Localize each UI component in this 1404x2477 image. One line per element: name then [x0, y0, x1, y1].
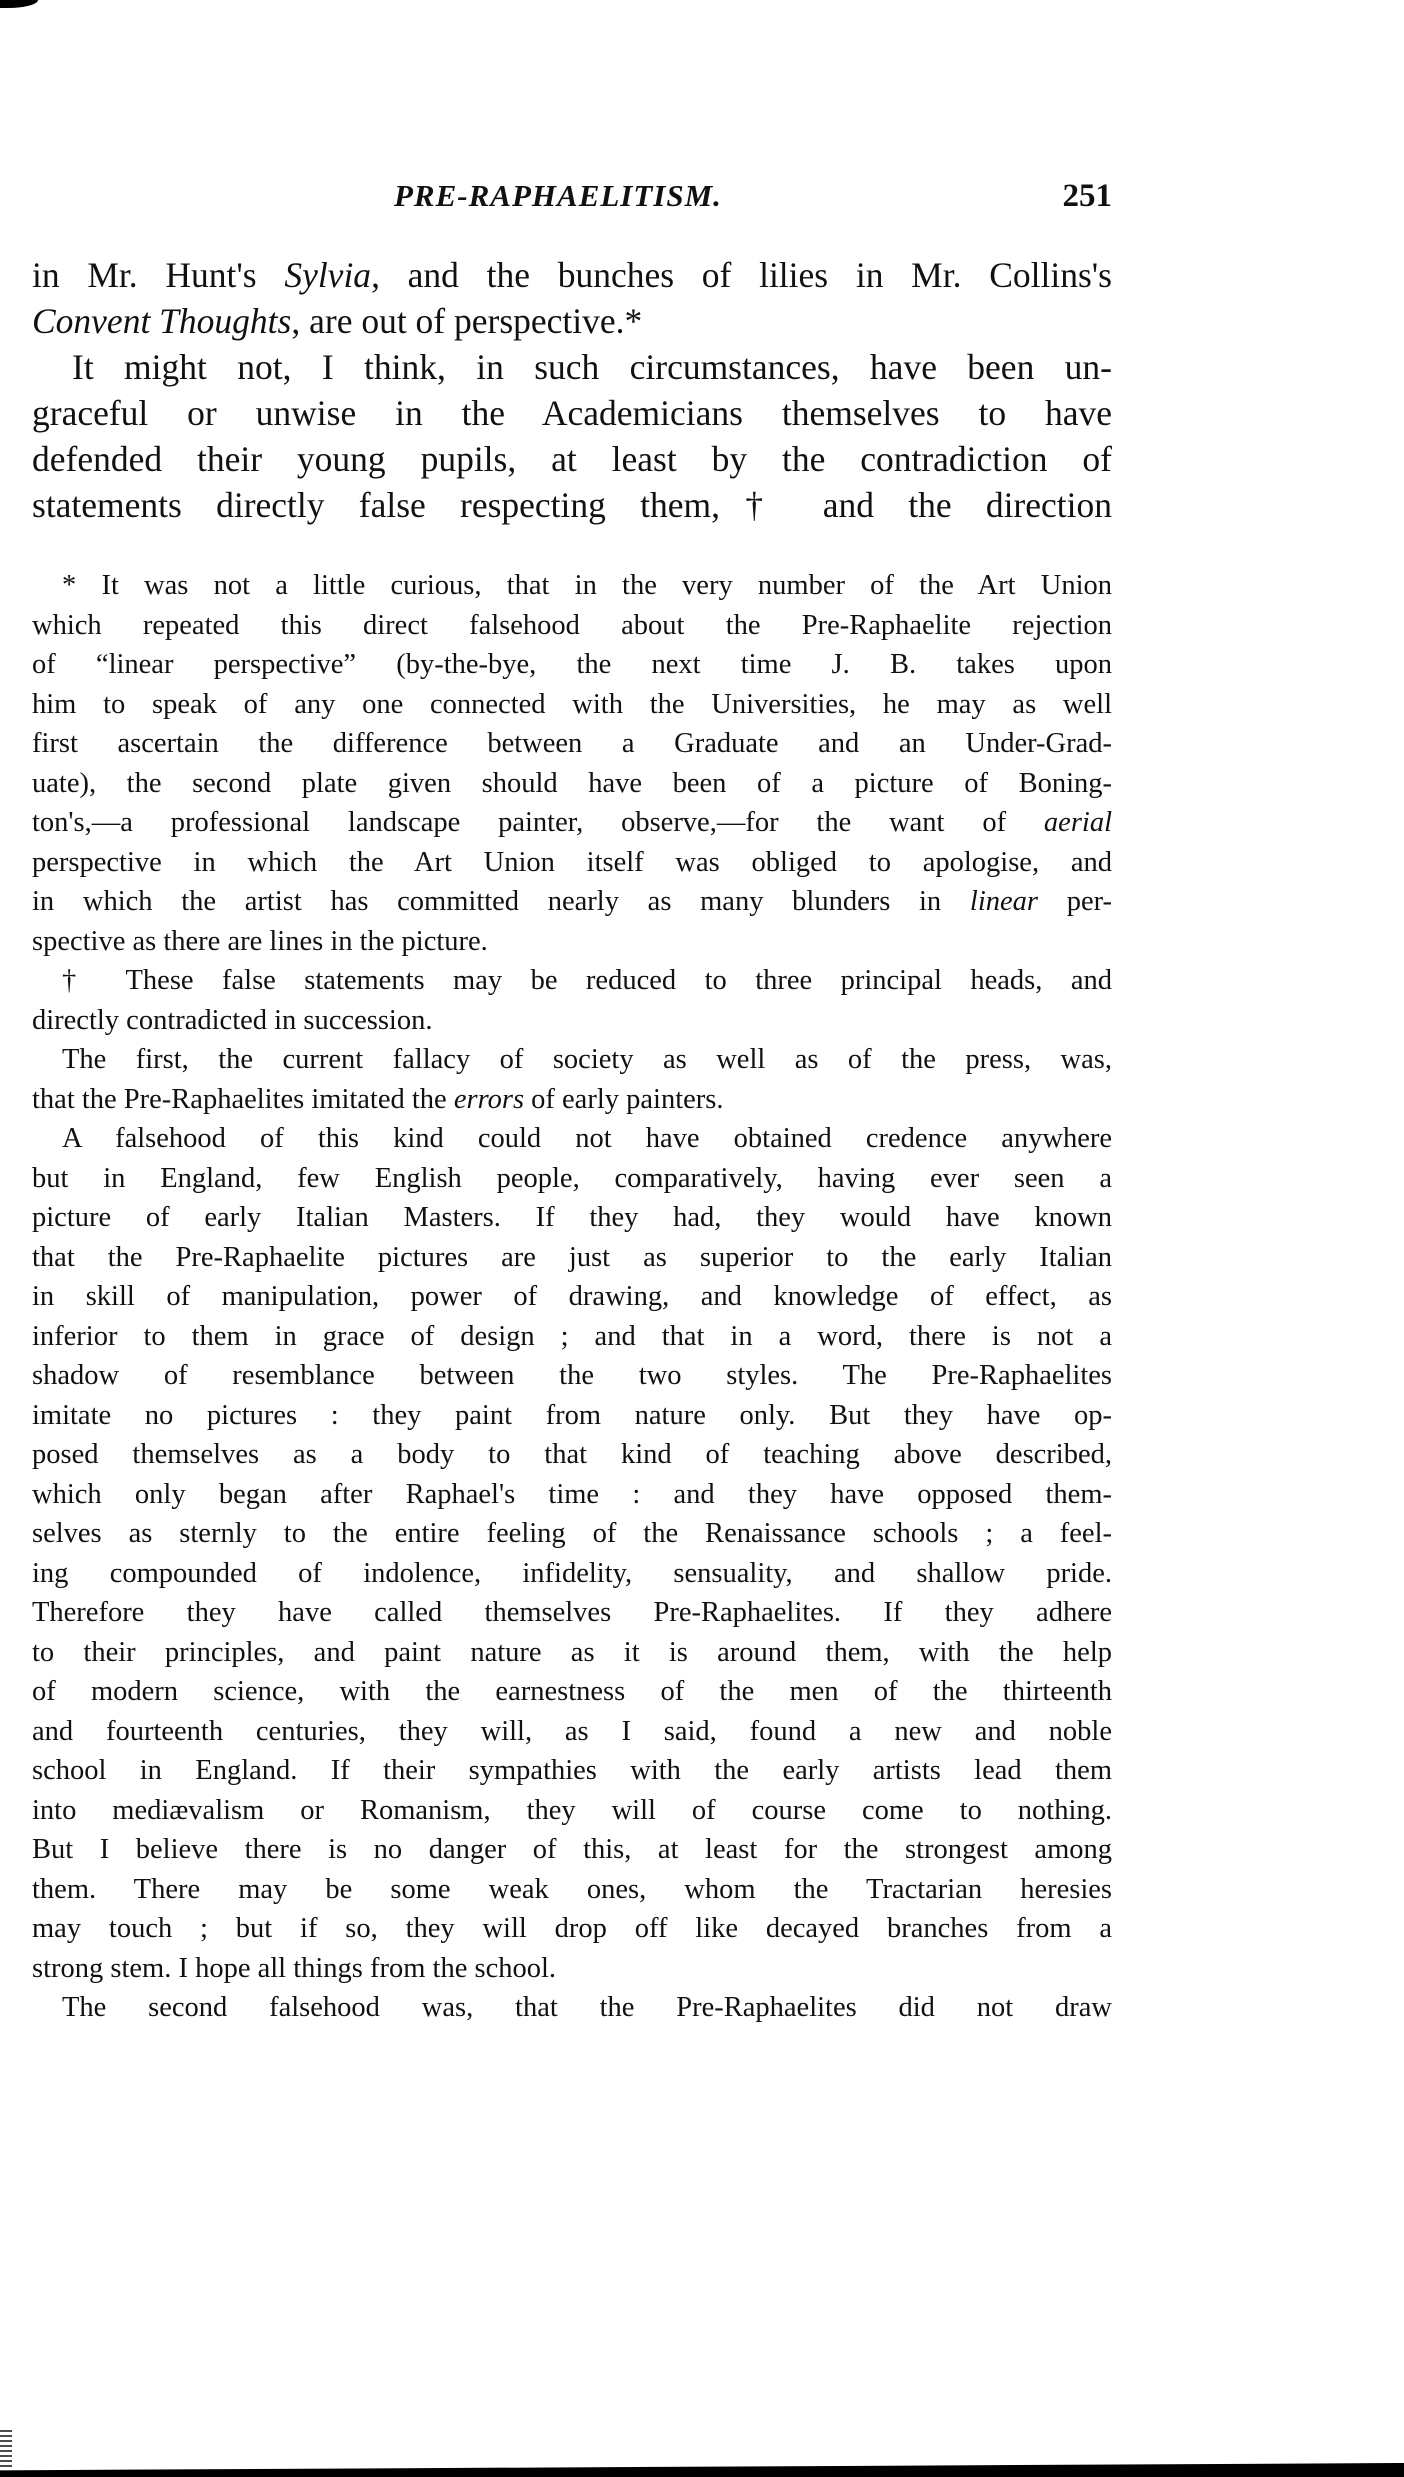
body-line: It might not, I think, in such circumsta…: [32, 344, 1112, 390]
footnote-line: uate), the second plate given should hav…: [32, 764, 1112, 804]
footnote-line: ton's,—a professional landscape painter,…: [32, 803, 1112, 843]
footnote-asterisk: * It was not a little curious, that in t…: [32, 566, 1112, 961]
footnote-line: The second falsehood was, that the Pre-R…: [32, 1988, 1112, 2028]
footnote-line: but in England, few English people, comp…: [32, 1159, 1112, 1199]
footnote-line: Therefore they have called themselves Pr…: [32, 1593, 1112, 1633]
footnote-line: in skill of manipulation, power of drawi…: [32, 1277, 1112, 1317]
running-title: PRE-RAPHAELITISM.: [394, 178, 722, 214]
footnote-line: * It was not a little curious, that in t…: [32, 566, 1112, 606]
footnote-line: picture of early Italian Masters. If the…: [32, 1198, 1112, 1238]
footnote-paragraph: A falsehood of this kind could not have …: [32, 1119, 1112, 1988]
running-header: PRE-RAPHAELITISM. 251: [32, 178, 1112, 218]
footnote-line: shadow of resemblance between the two st…: [32, 1356, 1112, 1396]
footnote-line: that the Pre-Raphaelite pictures are jus…: [32, 1238, 1112, 1278]
footnote-line: that the Pre-Raphaelites imitated the er…: [32, 1080, 1112, 1120]
scan-corner-shadow: [0, 0, 38, 8]
scan-bottom-edge: [0, 2463, 1404, 2477]
footnote-line: inferior to them in grace of design ; an…: [32, 1317, 1112, 1357]
footnote-paragraph: The second falsehood was, that the Pre-R…: [32, 1988, 1112, 2028]
footnote-line: may touch ; but if so, they will drop of…: [32, 1909, 1112, 1949]
footnote-line: into mediævalism or Romanism, they will …: [32, 1791, 1112, 1831]
footnote-line: A falsehood of this kind could not have …: [32, 1119, 1112, 1159]
footnote-paragraph: † These false statements may be reduced …: [32, 961, 1112, 1040]
footnote-line: spective as there are lines in the pictu…: [32, 922, 1112, 962]
footnote-line: in which the artist has committed nearly…: [32, 882, 1112, 922]
book-page: PRE-RAPHAELITISM. 251 in Mr. Hunt's Sylv…: [0, 0, 1404, 2477]
footnote-line: posed themselves as a body to that kind …: [32, 1435, 1112, 1475]
footnote-line: and fourteenth centuries, they will, as …: [32, 1712, 1112, 1752]
footnote-line: imitate no pictures : they paint from na…: [32, 1396, 1112, 1436]
footnote-line: strong stem. I hope all things from the …: [32, 1949, 1112, 1989]
footnote-line: selves as sternly to the entire feeling …: [32, 1514, 1112, 1554]
footnote-line: † These false statements may be reduced …: [32, 961, 1112, 1001]
body-text: in Mr. Hunt's Sylvia, and the bunches of…: [32, 252, 1112, 528]
footnote-line: But I believe there is no danger of this…: [32, 1830, 1112, 1870]
body-line: graceful or unwise in the Academicians t…: [32, 390, 1112, 436]
footnote-line: ing compounded of indolence, infidelity,…: [32, 1554, 1112, 1594]
body-line: statements directly false respecting the…: [32, 482, 1112, 528]
body-line: Convent Thoughts, are out of perspective…: [32, 298, 1112, 344]
footnote-line: which only began after Raphael's time : …: [32, 1475, 1112, 1515]
footnote-dagger: † These false statements may be reduced …: [32, 961, 1112, 2028]
body-line: defended their young pupils, at least by…: [32, 436, 1112, 482]
footnote-line: them. There may be some weak ones, whom …: [32, 1870, 1112, 1910]
footnote-line: which repeated this direct falsehood abo…: [32, 606, 1112, 646]
body-line: in Mr. Hunt's Sylvia, and the bunches of…: [32, 252, 1112, 298]
footnote-line: of modern science, with the earnestness …: [32, 1672, 1112, 1712]
footnote-line: The first, the current fallacy of societ…: [32, 1040, 1112, 1080]
footnote-line: to their principles, and paint nature as…: [32, 1633, 1112, 1673]
footnote-line: of “linear perspective” (by-the-bye, the…: [32, 645, 1112, 685]
footnote-line: directly contradicted in succession.: [32, 1001, 1112, 1041]
footnote-line: first ascertain the difference between a…: [32, 724, 1112, 764]
footnotes: * It was not a little curious, that in t…: [32, 566, 1112, 2028]
footnote-line: him to speak of any one connected with t…: [32, 685, 1112, 725]
page-number: 251: [1063, 178, 1113, 215]
footnote-paragraph: The first, the current fallacy of societ…: [32, 1040, 1112, 1119]
footnote-line: school in England. If their sympathies w…: [32, 1751, 1112, 1791]
footnote-line: perspective in which the Art Union itsel…: [32, 843, 1112, 883]
scan-smudge: [0, 2427, 12, 2467]
